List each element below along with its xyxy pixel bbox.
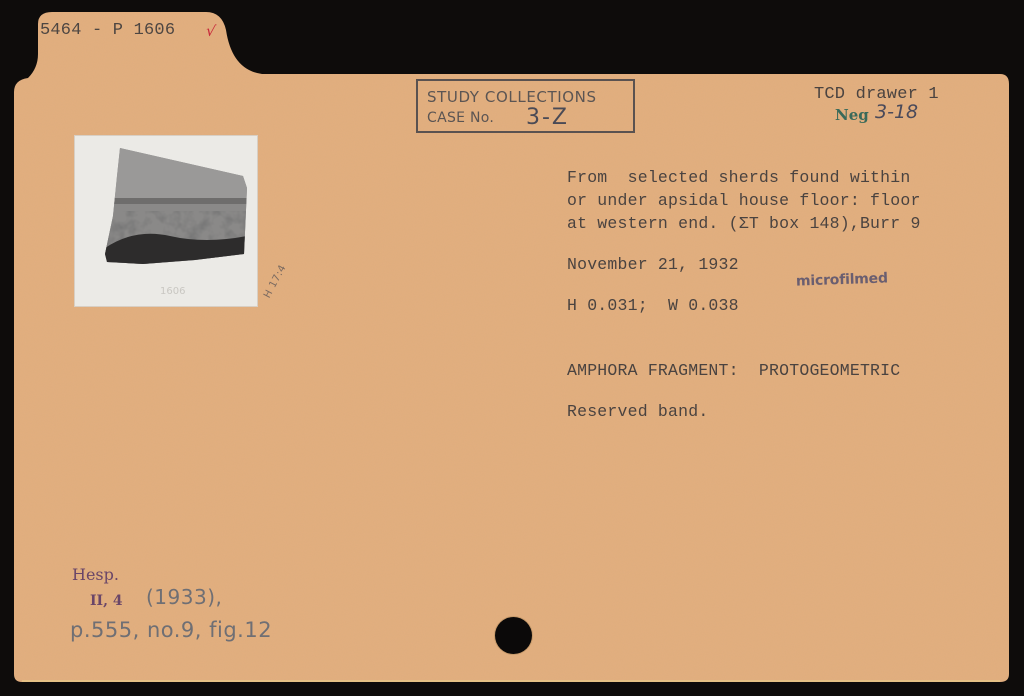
catalog-number: 5464 - P 1606	[40, 20, 175, 42]
publication-reference: p.555, no.9, fig.12	[70, 618, 272, 642]
punch-hole	[495, 617, 532, 654]
sherd-photo: 1606	[75, 136, 257, 306]
stamp-title: STUDY COLLECTIONS	[427, 88, 597, 106]
journal-volume: II, 4	[90, 593, 123, 609]
microfilmed-stamp: microfilmed	[796, 270, 888, 289]
description-line: at western end. (ΣT box 148),Burr 9	[567, 212, 921, 235]
catalog-card-scan: 5464 - P 1606 √ STUDY COLLECTIONS CASE N…	[0, 0, 1024, 696]
neg-number: 3-18	[875, 101, 918, 123]
description-line: From selected sherds found within	[567, 166, 921, 189]
check-mark-icon: √	[205, 21, 217, 40]
sherd-image	[75, 136, 257, 306]
photo-inventory-pencil: 1606	[160, 286, 185, 297]
dimensions: H 0.031; W 0.038	[567, 295, 739, 317]
neg-label: Neg	[835, 106, 869, 124]
object-note: Reserved band.	[567, 401, 708, 423]
object-classification: AMPHORA FRAGMENT: PROTOGEOMETRIC	[567, 360, 900, 382]
findspot-description: From selected sherds found withinor unde…	[567, 166, 921, 235]
study-collections-stamp: STUDY COLLECTIONS CASE No. 3-Z	[416, 79, 635, 133]
find-date: November 21, 1932	[567, 254, 739, 276]
case-label: CASE No.	[427, 110, 494, 126]
description-line: or under apsidal house floor: floor	[567, 189, 921, 212]
journal-stamp: Hesp.	[72, 565, 119, 584]
publication-year: (1933),	[146, 585, 222, 609]
case-number: 3-Z	[526, 105, 569, 130]
